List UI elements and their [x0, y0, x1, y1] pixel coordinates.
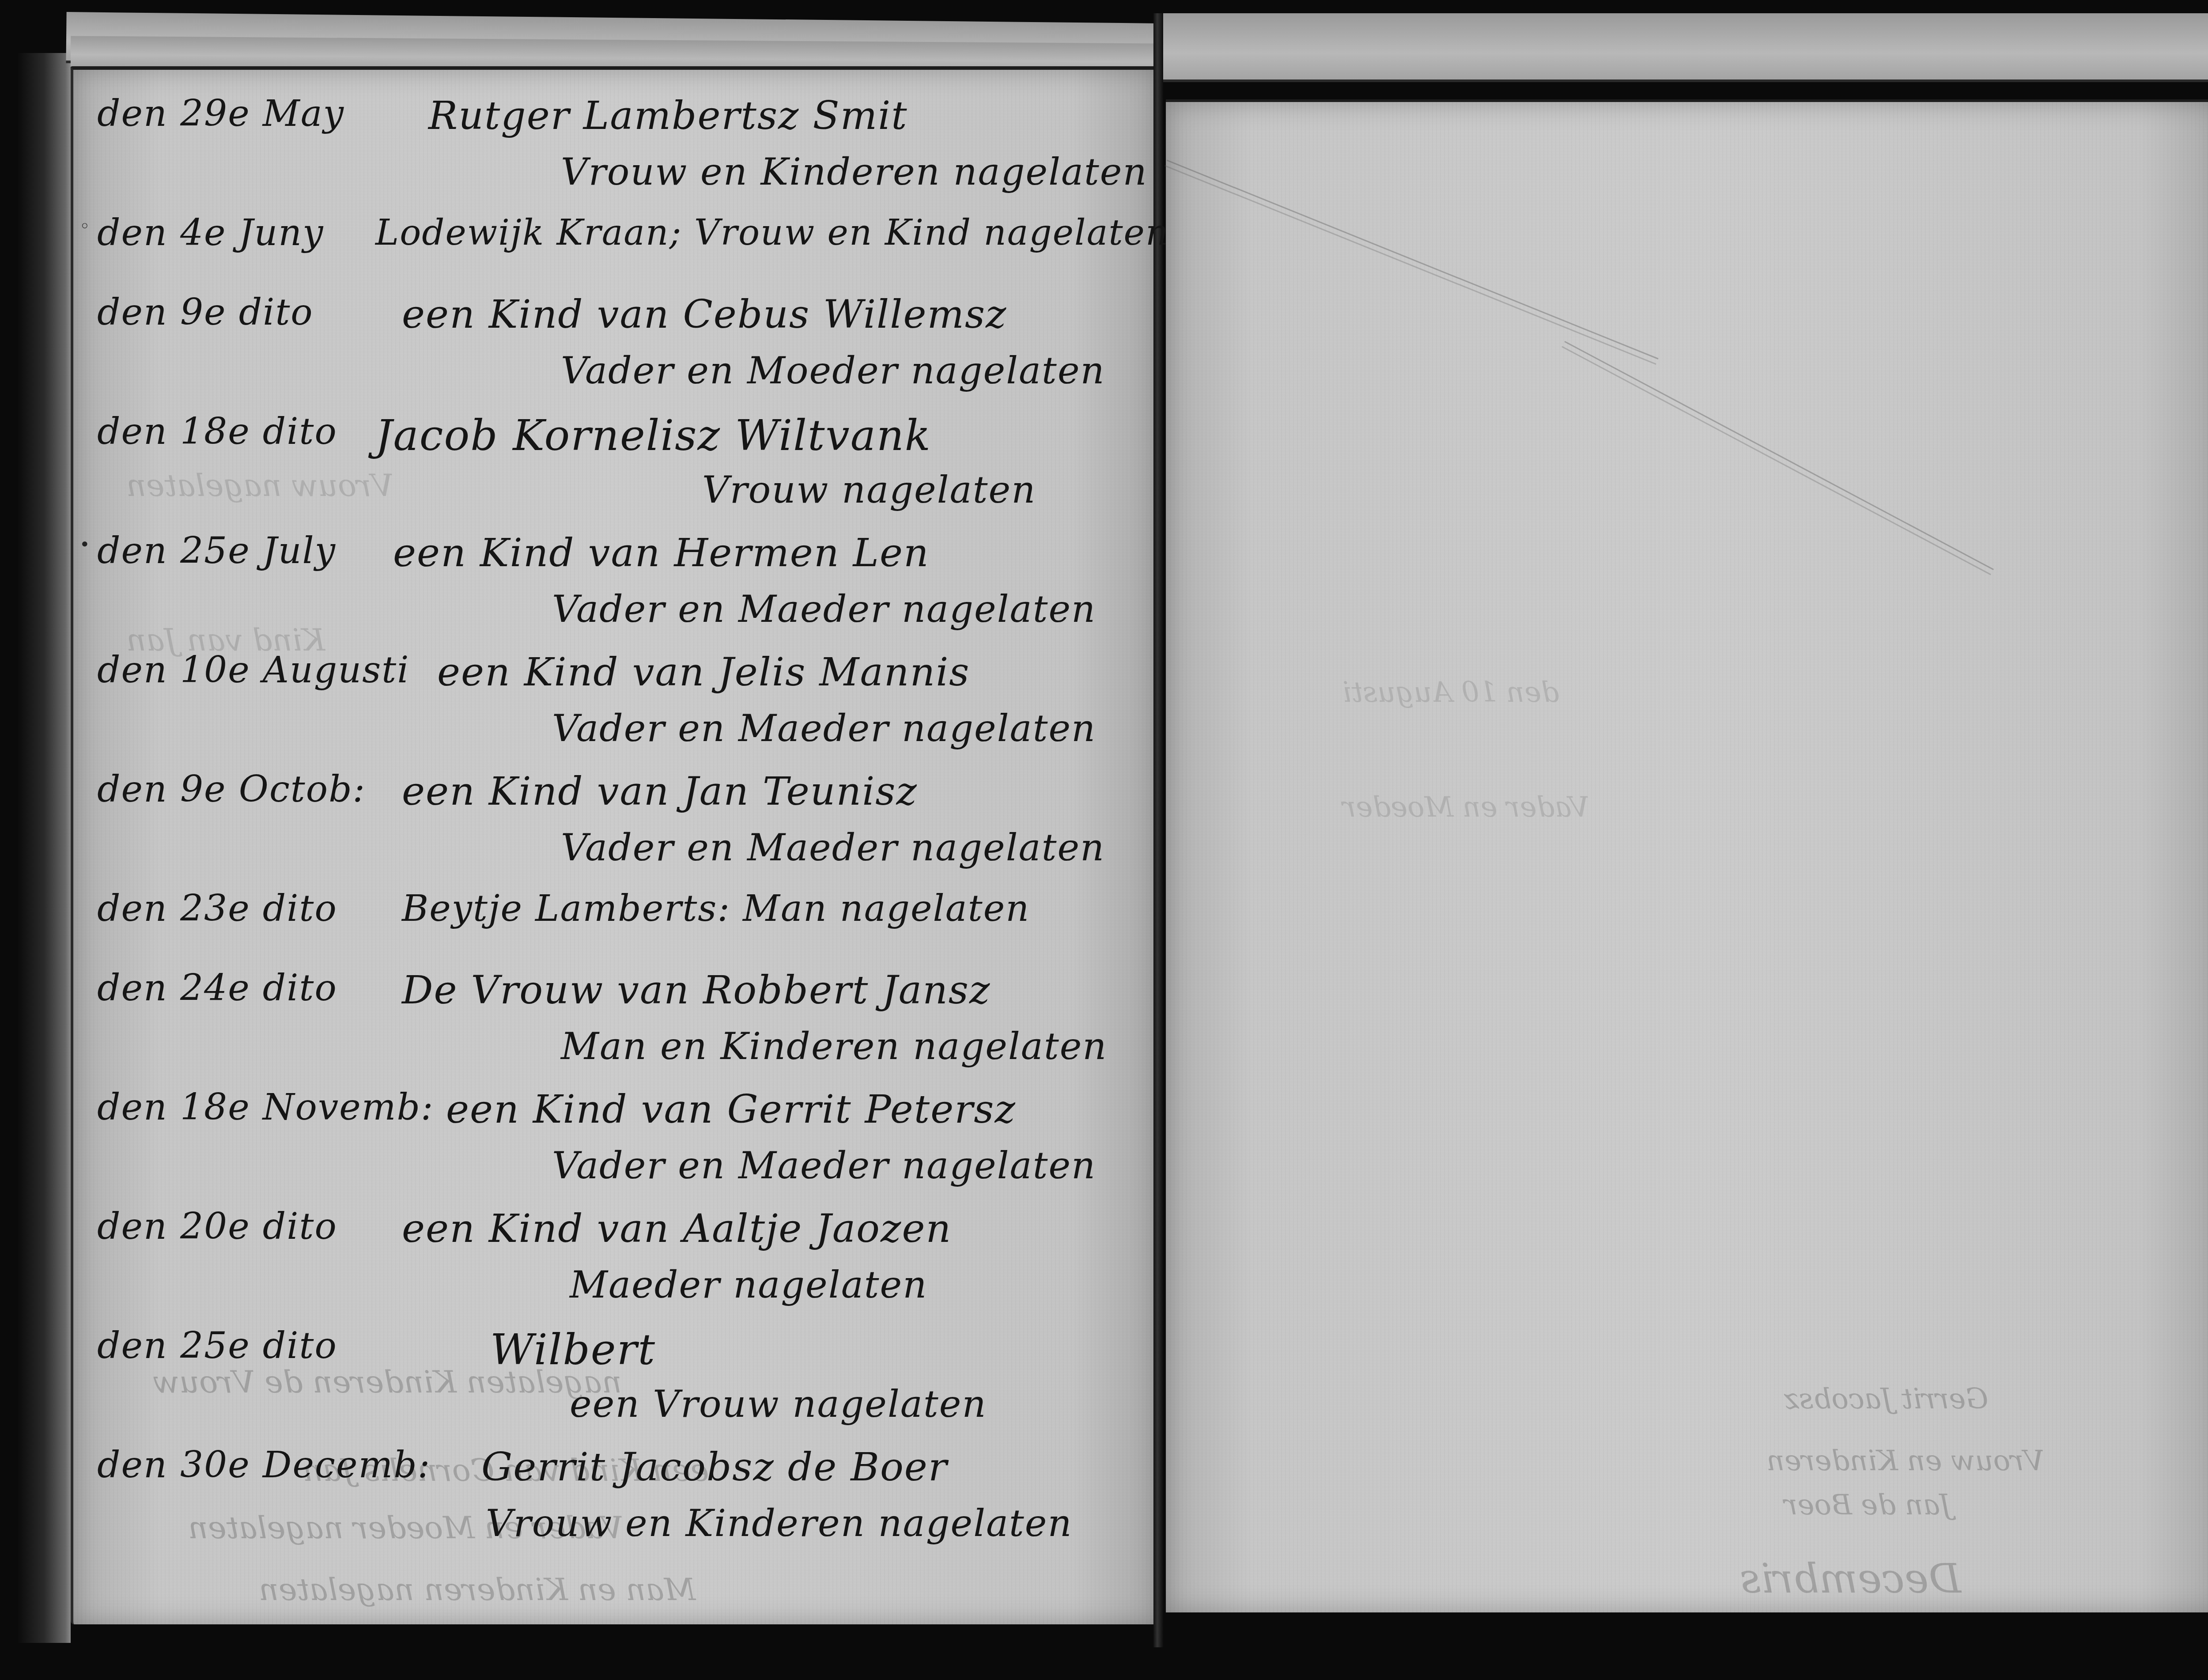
bleed-through-text: Vader en Moeder — [1342, 791, 1589, 824]
entry-survivors: Vader en Maeder nagelaten — [552, 707, 1096, 750]
register-entry: den 18e dito Jacob Kornelisz Wiltvank Vr… — [93, 402, 1144, 521]
register-entry: • den 25e July een Kind van Hermen Len V… — [93, 521, 1144, 640]
entry-survivors: een Vrouw nagelaten — [570, 1382, 987, 1426]
entry-date: den 18e dito — [97, 411, 337, 453]
entry-date: den 18e Novemb: — [97, 1086, 434, 1128]
entry-subject: een Kind van Jan Teunisz — [402, 768, 918, 814]
book-binding-left — [18, 53, 71, 1643]
underlying-leaf-right — [1161, 13, 2208, 82]
entry-survivors: Vader en Maeder nagelaten — [552, 1144, 1096, 1187]
margin-mark: • — [79, 534, 90, 555]
register-entry: den 29e May Rutger Lambertsz Smit Vrouw … — [93, 84, 1144, 203]
register-entry: den 23e dito Beytje Lamberts: Man nagela… — [93, 879, 1144, 958]
entry-subject: Wilbert — [490, 1325, 656, 1374]
page-crease — [1561, 341, 1994, 575]
entry-survivors: Vader en Moeder nagelaten — [561, 349, 1105, 392]
register-entry: den 9e dito een Kind van Cebus Willemsz … — [93, 283, 1144, 402]
entry-date: den 10e Augusti — [97, 649, 409, 691]
entry-subject: Beytje Lamberts: Man nagelaten — [402, 888, 1030, 930]
entry-subject: een Kind van Gerrit Petersz — [446, 1086, 1016, 1132]
entry-date: den 4e Juny — [97, 212, 324, 254]
entry-survivors: Vrouw nagelaten — [702, 468, 1036, 511]
bleed-through-text: Man en Kinderen nagelaten — [259, 1571, 696, 1608]
entry-survivors: Man en Kinderen nagelaten — [561, 1025, 1107, 1068]
entry-survivors: Maeder nagelaten — [570, 1263, 927, 1306]
entry-date: den 24e dito — [97, 967, 337, 1009]
entry-survivors: Vrouw en Kinderen nagelaten — [486, 1502, 1073, 1545]
entry-date: den 25e July — [97, 530, 336, 572]
entry-subject: een Kind van Jelis Mannis — [437, 649, 970, 695]
register-entry: den 20e dito een Kind van Aaltje Jaozen … — [93, 1197, 1144, 1316]
register-entry: den 18e Novemb: een Kind van Gerrit Pete… — [93, 1078, 1144, 1197]
register-entry: den 9e Octob: een Kind van Jan Teunisz V… — [93, 760, 1144, 879]
entry-subject: Rutger Lambertsz Smit — [428, 93, 908, 138]
entry-subject: een Kind van Hermen Len — [393, 530, 930, 575]
page-crease — [1164, 160, 1659, 365]
entry-date: den 25e dito — [97, 1325, 337, 1367]
register-entries: den 29e May Rutger Lambertsz Smit Vrouw … — [93, 84, 1144, 1555]
bleed-through-text: Vrouw en Kinderen — [1766, 1445, 2044, 1477]
bleed-through-text: Decembris — [1740, 1555, 1961, 1602]
register-entry: den 24e dito De Vrouw van Robbert Jansz … — [93, 958, 1144, 1078]
register-entry: den 25e dito Wilbert een Vrouw nagelaten — [93, 1316, 1144, 1435]
entry-subject: Lodewijk Kraan; Vrouw en Kind nagelaten — [375, 212, 1169, 253]
bleed-through-text: den 10 Augusti — [1342, 676, 1559, 709]
entry-subject: een Kind van Aaltje Jaozen — [402, 1206, 952, 1251]
book-gutter — [1153, 13, 1163, 1647]
bleed-through-text: Gerrit Jacobsz — [1784, 1383, 1988, 1415]
entry-date: den 9e dito — [97, 291, 314, 333]
entry-subject: Gerrit Jacobsz de Boer — [481, 1444, 948, 1490]
register-entry: den 30e Decemb: Gerrit Jacobsz de Boer V… — [93, 1435, 1144, 1555]
margin-mark: ◦ — [79, 216, 90, 237]
entry-date: den 9e Octob: — [97, 768, 366, 810]
entry-survivors: Vader en Maeder nagelaten — [561, 826, 1105, 869]
entry-subject: Jacob Kornelisz Wiltvank — [375, 411, 931, 460]
register-entry: den 10e Augusti een Kind van Jelis Manni… — [93, 640, 1144, 760]
entry-date: den 29e May — [97, 93, 344, 135]
right-page: Gerrit Jacobsz Vrouw en Kinderen Jan de … — [1166, 99, 2208, 1612]
entry-subject: De Vrouw van Robbert Jansz — [402, 967, 991, 1013]
entry-date: den 30e Decemb: — [97, 1444, 431, 1486]
entry-date: den 20e dito — [97, 1206, 337, 1248]
entry-survivors: Vrouw en Kinderen nagelaten — [561, 150, 1148, 193]
entry-survivors: Vader en Maeder nagelaten — [552, 587, 1096, 631]
entry-subject: een Kind van Cebus Willemsz — [402, 291, 1007, 337]
entry-date: den 23e dito — [97, 888, 337, 930]
register-entry: ◦ den 4e Juny Lodewijk Kraan; Vrouw en K… — [93, 203, 1144, 283]
bleed-through-text: Jan de Boer — [1784, 1489, 1951, 1521]
